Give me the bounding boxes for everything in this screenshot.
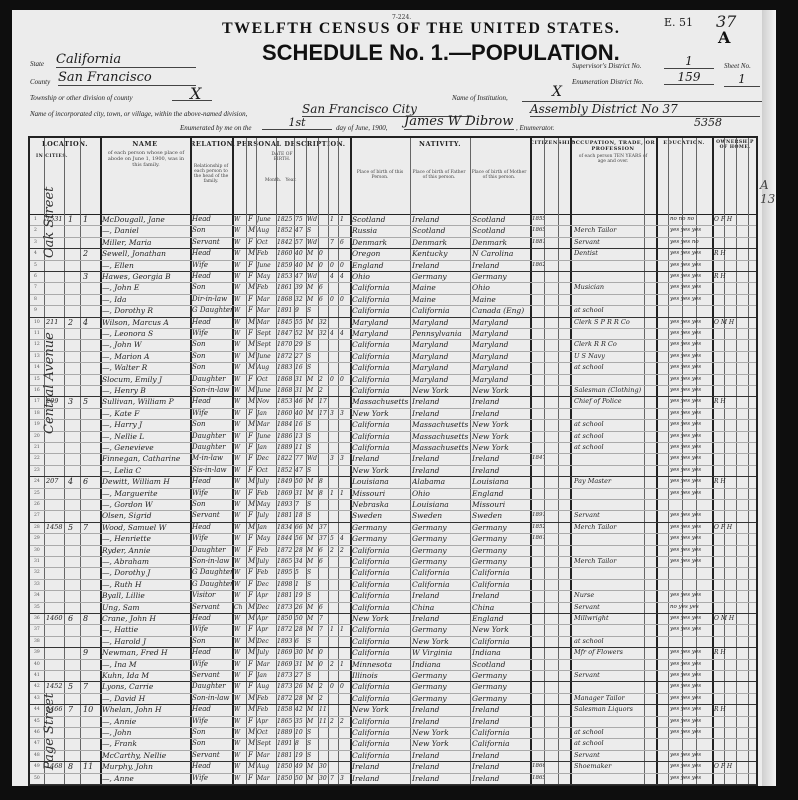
sex: M: [248, 704, 256, 715]
children-living: [340, 476, 350, 487]
color: W: [234, 214, 246, 225]
sex: F: [248, 214, 256, 225]
children-born: [330, 431, 338, 442]
immigration-year: [532, 693, 544, 704]
birthplace-father: Ireland: [412, 773, 470, 784]
marital-status: S: [307, 510, 318, 521]
years-married: 6: [319, 282, 328, 293]
children-born: [330, 693, 338, 704]
children-born: 0: [330, 374, 338, 385]
birthplace-father: Ireland: [412, 590, 470, 601]
occupation: [574, 488, 644, 499]
marital-status: M: [307, 773, 318, 784]
person-name: —, Henriette: [102, 533, 190, 544]
line-number: 42: [34, 684, 40, 689]
immigration-year: 1865: [532, 773, 544, 784]
children-born: [330, 556, 338, 567]
birth-month: Feb: [257, 248, 276, 259]
family-number: [83, 499, 99, 510]
birth-month: Apr: [257, 613, 276, 624]
years-married: [319, 351, 328, 362]
home-ownership: O F H: [714, 214, 758, 225]
occupation: [574, 294, 644, 305]
family-number: [83, 465, 99, 476]
color: W: [234, 522, 246, 533]
marital-status: Wd: [307, 214, 318, 225]
age: 5: [295, 567, 306, 578]
table-header: LOCATION. IN CITIES. NAME of each person…: [30, 138, 756, 215]
relation: Servant: [192, 750, 232, 761]
immigration-year: [532, 590, 544, 601]
years-married: 0: [319, 659, 328, 670]
home-ownership: [714, 408, 758, 419]
color: W: [234, 351, 246, 362]
person-name: Finnegan, Catharine: [102, 453, 190, 464]
marital-status: M: [307, 624, 318, 635]
family-number: [83, 225, 99, 236]
line-number: 19: [34, 422, 40, 427]
birthplace-person: Maryland: [352, 317, 410, 328]
birthplace-mother: California: [472, 567, 530, 578]
birthplace-person: California: [352, 602, 410, 613]
person-name: Olsen, Sigrid: [102, 510, 190, 521]
birthplace-person: California: [352, 294, 410, 305]
family-number: [83, 328, 99, 339]
birthplace-mother: Ireland: [472, 750, 530, 761]
birth-month: Mar: [257, 294, 276, 305]
marital-status: M: [307, 761, 318, 772]
education: yes yes yes: [670, 328, 712, 339]
birthplace-mother: Ireland: [472, 716, 530, 727]
dwelling-number: [68, 670, 80, 681]
children-living: [340, 419, 350, 430]
birthplace-mother: Canada (Eng): [472, 305, 530, 316]
years-married: 32: [319, 328, 328, 339]
birthplace-person: Missouri: [352, 488, 410, 499]
color: W: [234, 476, 246, 487]
dwelling-number: [68, 351, 80, 362]
marital-status: S: [307, 305, 318, 316]
birth-month: July: [257, 510, 276, 521]
color: W: [234, 727, 246, 738]
years-married: [319, 636, 328, 647]
person-name: Sullivan, William P: [102, 396, 190, 407]
color: W: [234, 408, 246, 419]
line-number: 18: [34, 411, 40, 416]
color: W: [234, 567, 246, 578]
house-number: 211: [46, 317, 64, 328]
birthplace-person: Scotland: [352, 214, 410, 225]
birthplace-mother: England: [472, 488, 530, 499]
home-ownership: [714, 328, 758, 339]
relation: Sis-in-law: [192, 465, 232, 476]
home-ownership: R H: [714, 647, 758, 658]
age: 18: [295, 510, 306, 521]
age: 31: [295, 385, 306, 396]
birth-month: Nov: [257, 396, 276, 407]
relation: Head: [192, 476, 232, 487]
birth-year: 1870: [277, 339, 294, 350]
line-number: 29: [34, 536, 40, 541]
sex: F: [248, 488, 256, 499]
children-living: [340, 248, 350, 259]
marital-status: Wd: [307, 237, 318, 248]
line-number: 34: [34, 593, 40, 598]
immigration-year: [532, 545, 544, 556]
education: yes yes yes: [670, 647, 712, 658]
sex: M: [248, 362, 256, 373]
person-name: McCarthy, Nellie: [102, 750, 190, 761]
marital-status: Wd: [307, 453, 318, 464]
line-number: 14: [34, 365, 40, 370]
birth-month: Apr: [257, 624, 276, 635]
birth-year: 1883: [277, 362, 294, 373]
color: W: [234, 374, 246, 385]
education: yes yes yes: [670, 704, 712, 715]
relation: Head: [192, 647, 232, 658]
children-born: [330, 567, 338, 578]
home-ownership: [714, 579, 758, 590]
dwelling-number: [68, 533, 80, 544]
sex: F: [248, 716, 256, 727]
marital-status: S: [307, 636, 318, 647]
dwelling-number: [68, 556, 80, 567]
person-name: Murphy, John: [102, 761, 190, 772]
children-born: [330, 248, 338, 259]
line-number: 16: [34, 388, 40, 393]
birthplace-person: Ireland: [352, 453, 410, 464]
birthplace-mother: Germany: [472, 271, 530, 282]
family-number: [83, 602, 99, 613]
home-ownership: O M H: [714, 613, 758, 624]
relation: Servant: [192, 510, 232, 521]
enumerated-day: 1st: [262, 116, 332, 130]
birthplace-person: California: [352, 636, 410, 647]
township-label: Township or other division of county: [30, 94, 133, 102]
immigration-year: 1855: [532, 214, 544, 225]
family-number: 10: [83, 704, 99, 715]
relation: G Daughter: [192, 305, 232, 316]
family-number: 5: [83, 396, 99, 407]
sex: M: [248, 602, 256, 613]
birth-year: 1853: [277, 396, 294, 407]
house-number: [46, 488, 64, 499]
home-ownership: O M H: [714, 317, 758, 328]
col-in-cities: IN CITIES.: [32, 154, 72, 159]
birthplace-father: Scotland: [412, 225, 470, 236]
marital-status: S: [307, 738, 318, 749]
education: yes yes yes: [670, 271, 712, 282]
children-born: 4: [330, 271, 338, 282]
corner-code: E. 51: [664, 16, 693, 29]
birthplace-person: New York: [352, 613, 410, 624]
relation: Visitor: [192, 590, 232, 601]
birth-month: Jan: [257, 442, 276, 453]
birthplace-father: Ohio: [412, 488, 470, 499]
color: W: [234, 385, 246, 396]
enumerated-label: Enumerated by me on the: [180, 124, 252, 132]
education: yes yes yes: [670, 556, 712, 567]
children-living: [340, 602, 350, 613]
age: 27: [295, 351, 306, 362]
education: yes yes yes: [670, 624, 712, 635]
line-number: 35: [34, 605, 40, 610]
education: yes yes yes: [670, 693, 712, 704]
birthplace-mother: Scotland: [472, 225, 530, 236]
birthplace-father: Ireland: [412, 613, 470, 624]
birthplace-father: China: [412, 602, 470, 613]
birth-month: Mar: [257, 317, 276, 328]
children-born: [330, 727, 338, 738]
birthplace-father: New York: [412, 385, 470, 396]
sex: F: [248, 670, 256, 681]
sex: F: [248, 590, 256, 601]
occupation: Servant: [574, 237, 644, 248]
person-name: Byall, Lillie: [102, 590, 190, 601]
dwelling-number: [68, 602, 80, 613]
birthplace-father: Germany: [412, 681, 470, 692]
birthplace-person: New York: [352, 704, 410, 715]
occupation: [574, 545, 644, 556]
dwelling-number: [68, 693, 80, 704]
children-born: 1: [330, 488, 338, 499]
age: 42: [295, 704, 306, 715]
age: 9: [295, 305, 306, 316]
line-number: 33: [34, 582, 40, 587]
education: yes yes yes: [670, 590, 712, 601]
birthplace-person: Nebraska: [352, 499, 410, 510]
immigration-year: [532, 613, 544, 624]
birth-month: Dec: [257, 602, 276, 613]
age: 46: [295, 396, 306, 407]
birth-month: Aug: [257, 362, 276, 373]
home-ownership: [714, 567, 758, 578]
education: yes yes yes: [670, 431, 712, 442]
color: W: [234, 225, 246, 236]
children-living: [340, 282, 350, 293]
education: yes yes yes: [670, 476, 712, 487]
line-number: 20: [34, 434, 40, 439]
sex: M: [248, 317, 256, 328]
marital-status: M: [307, 408, 318, 419]
sex: M: [248, 613, 256, 624]
family-number: [83, 282, 99, 293]
person-name: —, John: [102, 727, 190, 738]
children-living: 1: [340, 488, 350, 499]
birth-year: 1860: [277, 248, 294, 259]
occupation: Dentist: [574, 248, 644, 259]
family-number: [83, 408, 99, 419]
children-living: [340, 647, 350, 658]
years-married: 37: [319, 533, 328, 544]
years-married: 2: [319, 681, 328, 692]
immigration-year: [532, 670, 544, 681]
birth-year: 1852: [277, 465, 294, 476]
marital-status: M: [307, 556, 318, 567]
sex: M: [248, 636, 256, 647]
birthplace-father: Ireland: [412, 750, 470, 761]
birth-year: 1858: [277, 704, 294, 715]
occupation: at school: [574, 442, 644, 453]
birth-month: Aug: [257, 761, 276, 772]
education: yes yes yes: [670, 533, 712, 544]
birthplace-father: Germany: [412, 271, 470, 282]
relation: Wife: [192, 716, 232, 727]
relation: Servant: [192, 670, 232, 681]
col-nativity: NATIVITY.: [350, 140, 530, 148]
age: 8: [295, 738, 306, 749]
education: yes yes yes: [670, 225, 712, 236]
enumerator-label: , Enumerator.: [516, 124, 554, 132]
children-living: [340, 510, 350, 521]
dwelling-number: [68, 750, 80, 761]
children-born: [330, 442, 338, 453]
color: W: [234, 647, 246, 658]
birthplace-mother: England: [472, 613, 530, 624]
marital-status: S: [307, 339, 318, 350]
occupation: [574, 681, 644, 692]
immigration-year: [532, 282, 544, 293]
education: yes yes yes: [670, 396, 712, 407]
occupation: at school: [574, 431, 644, 442]
immigration-year: [532, 294, 544, 305]
relation: Wife: [192, 408, 232, 419]
children-living: 3: [340, 453, 350, 464]
relation: Son-in-law: [192, 556, 232, 567]
occupation: Chief of Police: [574, 396, 644, 407]
children-living: [340, 442, 350, 453]
birthplace-father: Louisiana: [412, 499, 470, 510]
occupation: Manager Tailor: [574, 693, 644, 704]
home-ownership: [714, 727, 758, 738]
children-born: [330, 613, 338, 624]
home-ownership: [714, 773, 758, 784]
marital-status: S: [307, 362, 318, 373]
age: 35: [295, 716, 306, 727]
years-married: [319, 750, 328, 761]
family-number: [83, 556, 99, 567]
line-number: 27: [34, 513, 40, 518]
education: yes yes yes: [670, 773, 712, 784]
relation: Son: [192, 419, 232, 430]
family-number: [83, 237, 99, 248]
birthplace-person: Ireland: [352, 773, 410, 784]
color: W: [234, 248, 246, 259]
relation: Head: [192, 704, 232, 715]
birthplace-person: Denmark: [352, 237, 410, 248]
color: W: [234, 237, 246, 248]
children-born: 0: [330, 681, 338, 692]
birthplace-father: Ireland: [412, 716, 470, 727]
education: yes yes yes: [670, 465, 712, 476]
education: yes yes yes: [670, 716, 712, 727]
years-married: [319, 738, 328, 749]
age: 31: [295, 659, 306, 670]
dwelling-number: [68, 453, 80, 464]
birth-month: Mar: [257, 659, 276, 670]
education: [670, 738, 712, 749]
sex: F: [248, 545, 256, 556]
relation: Son: [192, 499, 232, 510]
relation: Head: [192, 396, 232, 407]
children-living: [340, 750, 350, 761]
line-number: 8: [34, 297, 37, 302]
immigration-year: 1866: [532, 761, 544, 772]
house-number: [46, 647, 64, 658]
dwelling-number: 1: [68, 214, 80, 225]
children-living: [340, 362, 350, 373]
children-living: 4: [340, 533, 350, 544]
home-ownership: [714, 465, 758, 476]
education: no yes yes: [670, 602, 712, 613]
age: 29: [295, 339, 306, 350]
relation: Son: [192, 727, 232, 738]
dwelling-number: [68, 465, 80, 476]
home-ownership: [714, 693, 758, 704]
birthplace-person: New York: [352, 465, 410, 476]
family-number: 6: [83, 476, 99, 487]
family-number: 3: [83, 271, 99, 282]
children-born: [330, 590, 338, 601]
relation: Servant: [192, 237, 232, 248]
birth-year: 1849: [277, 476, 294, 487]
children-born: [330, 704, 338, 715]
col-ownership: OWNERSHIP OF HOME.: [712, 140, 758, 150]
years-married: [319, 339, 328, 350]
state-label: State: [30, 60, 44, 68]
birthplace-father: Maryland: [412, 339, 470, 350]
relation: Daughter: [192, 681, 232, 692]
dwelling-number: [68, 545, 80, 556]
color: W: [234, 670, 246, 681]
children-born: [330, 750, 338, 761]
home-ownership: [714, 510, 758, 521]
marital-status: S: [307, 567, 318, 578]
color: W: [234, 556, 246, 567]
relation: Head: [192, 522, 232, 533]
sex: F: [248, 465, 256, 476]
children-living: 0: [340, 294, 350, 305]
birth-year: 1850: [277, 761, 294, 772]
years-married: [319, 727, 328, 738]
age: 30: [295, 647, 306, 658]
birthplace-father: Denmark: [412, 237, 470, 248]
marital-status: M: [307, 704, 318, 715]
birthplace-mother: Missouri: [472, 499, 530, 510]
children-born: [330, 670, 338, 681]
birthplace-person: California: [352, 681, 410, 692]
occupation: at school: [574, 727, 644, 738]
birthplace-person: California: [352, 431, 410, 442]
line-number: 1: [34, 217, 37, 222]
children-born: 3: [330, 453, 338, 464]
children-living: 1: [340, 214, 350, 225]
age: 39: [295, 282, 306, 293]
birthplace-mother: Ireland: [472, 590, 530, 601]
col-name-sub: of each person whose place of abode on J…: [106, 150, 186, 168]
line-number: 37: [34, 627, 40, 632]
age: 47: [295, 225, 306, 236]
education: yes yes yes: [670, 339, 712, 350]
years-married: 11: [319, 704, 328, 715]
line-number: 13: [34, 354, 40, 359]
age: 7: [295, 499, 306, 510]
birthplace-father: California: [412, 567, 470, 578]
age: 50: [295, 613, 306, 624]
person-name: Dewitt, William H: [102, 476, 190, 487]
birth-year: 1865: [277, 716, 294, 727]
occupation: [574, 567, 644, 578]
